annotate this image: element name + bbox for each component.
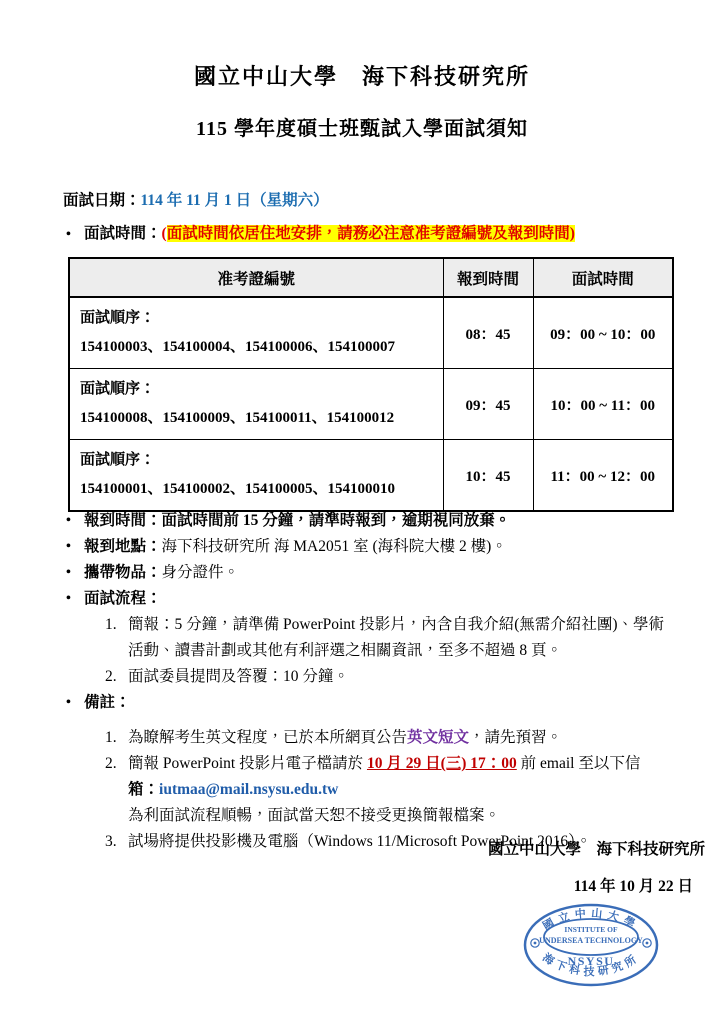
page-subtitle: 115 學年度碩士班甄試入學面試須知 [0, 112, 724, 141]
order-label: 面試順序： [80, 446, 433, 475]
remarks-bullet: • 備註： [63, 690, 679, 716]
remark-text: ，請先預習。 [469, 729, 562, 746]
order-numbers: 154100008、154100009、154100011、154100012 [80, 404, 433, 433]
remark-text: 為利面試流程順暢，面試當天恕不接受更換簡報檔案。 [128, 803, 679, 829]
process-item-2: 2. 面試委員提問及答覆：10 分鐘。 [63, 664, 679, 690]
checkin-time-bullet: • 報到時間：面試時間前 15 分鐘，請準時報到，逾期視同放棄。 [63, 508, 679, 534]
footer-organization: 國立中山大學 海下科技研究所 [488, 837, 705, 859]
interview-time-label: 面試時間： [84, 225, 162, 242]
email-line: 箱：iutmaa@mail.nsysu.edu.tw [128, 777, 679, 803]
bullet-marker: • [63, 534, 84, 560]
remark-text: 為瞭解考生英文程度，已於本所網頁公告 [128, 729, 407, 746]
remark-text: 簡報 PowerPoint 投影片電子檔請於 [128, 755, 367, 772]
order-label: 面試順序： [80, 304, 433, 333]
item-number: 1. [105, 612, 128, 664]
schedule-table: 准考證編號 報到時間 面試時間 面試順序： 154100003、15410000… [68, 257, 674, 512]
bullet-marker: • [63, 586, 84, 612]
checkin-time-text: 報到時間：面試時間前 15 分鐘，請準時報到，逾期視同放棄。 [84, 508, 510, 534]
submission-deadline: 10 月 29 日(三) 17：00 [367, 755, 517, 772]
footer-date: 114 年 10 月 22 日 [574, 874, 693, 896]
table-row: 面試順序： 154100008、154100009、154100011、1541… [69, 369, 673, 440]
stamp-line1: INSTITUTE OF [564, 925, 618, 934]
bring-items-bullet: • 攜帶物品：身分證件。 [63, 560, 679, 586]
checkin-place-label: 報到地點： [84, 538, 162, 555]
item-number: 2. [105, 664, 128, 690]
checkin-place-text: 報到地點：海下科技研究所 海 MA2051 室 (海科院大樓 2 樓)。 [84, 534, 507, 560]
order-numbers: 154100003、154100004、154100006、154100007 [80, 333, 433, 362]
item-number: 1. [105, 725, 128, 751]
interview-time-note: 面試時間依居住地安排，請務必注意准考證編號及報到時間 [167, 225, 570, 242]
checkin-time-cell: 09：45 [443, 369, 533, 440]
table-row: 面試順序： 154100003、154100004、154100006、1541… [69, 297, 673, 369]
remark-text: 箱： [128, 781, 159, 798]
process-bullet: • 面試流程： [63, 586, 679, 612]
interview-date-label: 面試日期： [63, 192, 141, 209]
email-link[interactable]: iutmaa@mail.nsysu.edu.tw [159, 781, 338, 798]
col-header-interview-time: 面試時間 [533, 258, 673, 297]
process-item-1: 1. 簡報：5 分鐘，請準備 PowerPoint 投影片，內含自我介紹(無需介… [63, 612, 679, 664]
item-number: 2. [105, 751, 128, 829]
bring-items-value: 身分證件。 [162, 564, 240, 581]
bullet-marker: • [63, 508, 84, 534]
remark-item-1: 1. 為瞭解考生英文程度，已於本所網頁公告英文短文，請先預習。 [63, 725, 679, 751]
checkin-time-value: 面試時間前 15 分鐘，請準時報到，逾期視同放棄。 [162, 512, 511, 529]
table-row: 面試順序： 154100001、154100002、154100005、1541… [69, 440, 673, 512]
exam-numbers-cell: 面試順序： 154100003、154100004、154100006、1541… [69, 297, 443, 369]
stamp-line2: UNDERSEA TECHNOLOGY [539, 936, 643, 945]
english-passage-link[interactable]: 英文短文 [407, 729, 469, 746]
bullet-marker: • [66, 227, 84, 243]
table-header-row: 准考證編號 報到時間 面試時間 [69, 258, 673, 297]
checkin-time-cell: 10：45 [443, 440, 533, 512]
bullet-marker: • [63, 560, 84, 586]
remark-text: 前 email 至以下信 [517, 755, 641, 772]
process-item-text: 簡報：5 分鐘，請準備 PowerPoint 投影片，內含自我介紹(無需介紹社團… [128, 612, 679, 664]
exam-numbers-cell: 面試順序： 154100008、154100009、154100011、1541… [69, 369, 443, 440]
interview-time-cell: 09：00 ~ 10：00 [533, 297, 673, 369]
interview-date-value: 114 年 11 月 1 日（星期六） [141, 192, 329, 209]
bring-items-text: 攜帶物品：身分證件。 [84, 560, 239, 586]
stamp-left-ornament-dot [534, 942, 537, 945]
col-header-exam-number: 准考證編號 [69, 258, 443, 297]
note-open-paren: ( [162, 225, 167, 242]
exam-numbers-cell: 面試順序： 154100001、154100002、154100005、1541… [69, 440, 443, 512]
info-section: • 報到時間：面試時間前 15 分鐘，請準時報到，逾期視同放棄。 • 報到地點：… [63, 508, 679, 855]
note-close-paren: ) [570, 225, 575, 242]
process-item-text: 面試委員提問及答覆：10 分鐘。 [128, 664, 679, 690]
item-number: 3. [105, 829, 128, 855]
col-header-checkin-time: 報到時間 [443, 258, 533, 297]
institute-seal-stamp: 國立中山大學 INSTITUTE OF UNDERSEA TECHNOLOGY … [519, 897, 663, 993]
remark-item-text: 為瞭解考生英文程度，已於本所網頁公告英文短文，請先預習。 [128, 725, 679, 751]
checkin-time-label: 報到時間： [84, 512, 162, 529]
bring-items-label: 攜帶物品： [84, 564, 162, 581]
checkin-place-bullet: • 報到地點：海下科技研究所 海 MA2051 室 (海科院大樓 2 樓)。 [63, 534, 679, 560]
document-page: 國立中山大學 海下科技研究所 115 學年度碩士班甄試入學面試須知 面試日期：1… [0, 0, 724, 1024]
process-label: 面試流程： [84, 586, 162, 612]
order-label: 面試順序： [80, 375, 433, 404]
checkin-time-cell: 08：45 [443, 297, 533, 369]
page-title: 國立中山大學 海下科技研究所 [0, 60, 724, 91]
remarks-label: 備註： [84, 690, 131, 716]
interview-time-cell: 10：00 ~ 11：00 [533, 369, 673, 440]
bullet-marker: • [63, 690, 84, 716]
remark-item-2: 2. 簡報 PowerPoint 投影片電子檔請於 10 月 29 日(三) 1… [63, 751, 679, 829]
interview-date-line: 面試日期：114 年 11 月 1 日（星期六） [63, 188, 329, 210]
checkin-place-value: 海下科技研究所 海 MA2051 室 (海科院大樓 2 樓)。 [162, 538, 507, 555]
stamp-right-ornament-dot [646, 942, 649, 945]
interview-time-cell: 11：00 ~ 12：00 [533, 440, 673, 512]
interview-time-line: •面試時間：(面試時間依居住地安排，請務必注意准考證編號及報到時間) [66, 221, 575, 243]
remark-item-text: 簡報 PowerPoint 投影片電子檔請於 10 月 29 日(三) 17：0… [128, 751, 679, 829]
order-numbers: 154100001、154100002、154100005、154100010 [80, 475, 433, 504]
